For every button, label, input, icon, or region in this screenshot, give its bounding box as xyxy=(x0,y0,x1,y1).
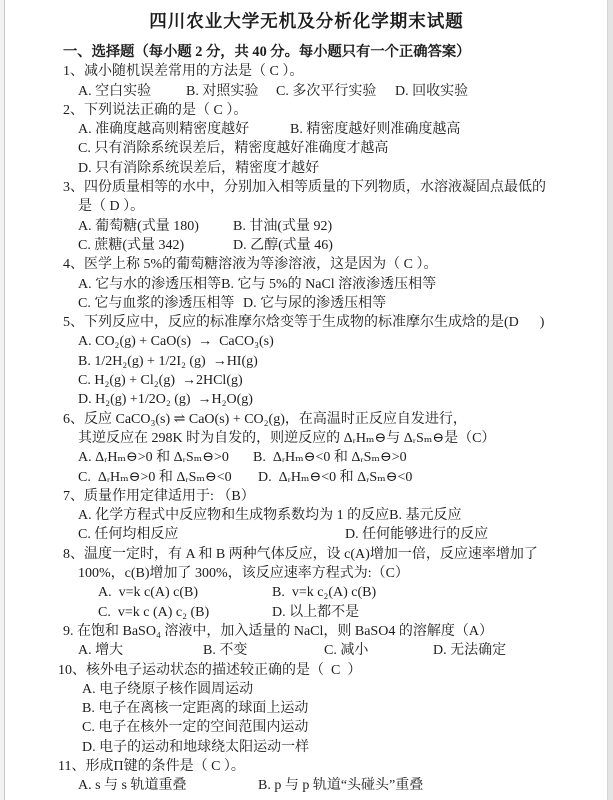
option-line: A. 葡萄糖(式量 180)B. 甘油(式量 92) xyxy=(78,217,601,236)
question-text: 10、核外电子运动状态的描述较正确的是（ C ） xyxy=(58,661,361,680)
option-line: B. 电子在离核一定距离的球面上运动 xyxy=(82,699,601,718)
page-right-edge-shadow xyxy=(607,0,613,800)
option-item: D. 任何能够进行的反应 xyxy=(345,525,488,544)
question-text: 5、下列反应中，反应的标准摩尔焓变等于生成物的标准摩尔生成焓的是(D ) xyxy=(63,313,544,332)
option-line: A. 化学方程式中反应物和生成物系数均为 1 的反应B. 基元反应 xyxy=(78,506,601,525)
option-item: B. 1/2H₂(g) + 1/2I₂ (g) →HI(g) xyxy=(78,352,258,371)
question-line: 9. 在饱和 BaSO₄ 溶液中，加入适量的 NaCl，则 BaSO4 的溶解度… xyxy=(63,622,601,641)
question-block: 2、下列说法正确的是（ C ）。A. 准确度越高则精密度越好B. 精密度越好则准… xyxy=(63,101,601,178)
option-line: A. 它与水的渗透压相等B. 它与 5%的 NaCl 溶液渗透压相等 xyxy=(78,275,601,294)
question-block: 8、温度一定时，有 A 和 B 两种气体反应，设 c(A)增加一倍，反应速率增加… xyxy=(63,545,601,622)
option-item: A. 电子绕原子核作圆周运动 xyxy=(82,680,253,699)
option-item: A. 葡萄糖(式量 180) xyxy=(78,217,233,236)
question-line: 8、温度一定时，有 A 和 B 两种气体反应，设 c(A)增加一倍，反应速率增加… xyxy=(63,545,601,564)
option-item: D. 乙醇(式量 46) xyxy=(233,236,333,255)
question-block: 6、反应 CaCO₃(s) ⇌ CaO(s) + CO₂(g)，在高温时正反应自… xyxy=(63,410,601,487)
question-block: 10、核外电子运动状态的描述较正确的是（ C ）A. 电子绕原子核作圆周运动B.… xyxy=(63,661,601,757)
option-item: D. 回收实验 xyxy=(395,82,468,101)
page-left-edge-shadow xyxy=(0,0,5,800)
question-text: 6、反应 CaCO₃(s) ⇌ CaO(s) + CO₂(g)，在高温时正反应自… xyxy=(63,410,467,429)
option-line: A. ΔᵣHₘ⊖>0 和 ΔᵣSₘ⊖>0B. ΔᵣHₘ⊖<0 和 ΔᵣSₘ⊖>0 xyxy=(78,448,601,467)
question-text: 11、形成Π键的条件是（ C ）。 xyxy=(58,757,245,776)
option-item: C. ΔᵣHₘ⊖>0 和 ΔᵣSₘ⊖<0 xyxy=(78,468,258,487)
option-line: C. 任何均相反应D. 任何能够进行的反应 xyxy=(78,525,601,544)
option-line: A. 增大B. 不变C. 减小D. 无法确定 xyxy=(78,641,601,660)
option-item: D. 以上都不是 xyxy=(272,603,359,622)
question-list: 1、减小随机误差常用的方法是（ C ）。A. 空白实验B. 对照实验C. 多次平… xyxy=(63,62,601,795)
option-item: C. 电子在核外一定的空间范围内运动 xyxy=(82,718,308,737)
question-line: 1、减小随机误差常用的方法是（ C ）。 xyxy=(63,62,601,81)
option-line: D. 电子的运动和地球绕太阳运动一样 xyxy=(82,738,601,757)
option-line: A. 空白实验B. 对照实验C. 多次平行实验D. 回收实验 xyxy=(78,82,601,101)
option-item: 100%，c(B)增加了 300%，该反应速率方程式为:（C） xyxy=(78,564,409,583)
option-line: A. s 与 s 轨道重叠B. p 与 p 轨道“头碰头”重叠 xyxy=(78,776,601,795)
option-item: B. v=k c₂(A) c(B) xyxy=(272,583,376,602)
question-text: 7、质量作用定律适用于: （B） xyxy=(63,487,255,506)
question-text: 4、医学上称 5%的葡萄糖溶液为等渗溶液，这是因为（ C ）。 xyxy=(63,255,438,274)
option-line: 是（ D ）。 xyxy=(78,197,601,216)
question-text: 1、减小随机误差常用的方法是（ C ）。 xyxy=(63,62,303,81)
option-item: A. 增大 xyxy=(78,641,203,660)
option-item: B. ΔᵣHₘ⊖<0 和 ΔᵣSₘ⊖>0 xyxy=(253,448,407,467)
option-item: A. s 与 s 轨道重叠 xyxy=(78,776,258,795)
option-line: D. 只有消除系统误差后，精密度才越好 xyxy=(78,159,601,178)
option-item: B. 电子在离核一定距离的球面上运动 xyxy=(82,699,308,718)
option-line: 100%，c(B)增加了 300%，该反应速率方程式为:（C） xyxy=(78,564,601,583)
option-line: C. 蔗糖(式量 342)D. 乙醇(式量 46) xyxy=(78,236,601,255)
option-item: A. 准确度越高则精密度越好 xyxy=(78,120,290,139)
question-text: 9. 在饱和 BaSO₄ 溶液中，加入适量的 NaCl，则 BaSO4 的溶解度… xyxy=(63,622,493,641)
option-item: A. v=k c(A) c(B) xyxy=(98,583,272,602)
option-item: A. ΔᵣHₘ⊖>0 和 ΔᵣSₘ⊖>0 xyxy=(78,448,253,467)
option-item: C. H₂(g) + Cl₂(g) →2HCl(g) xyxy=(78,371,243,390)
option-item: B. 不变 xyxy=(203,641,324,660)
option-item: C. 任何均相反应 xyxy=(78,525,345,544)
option-line: A. 电子绕原子核作圆周运动 xyxy=(82,680,601,699)
option-line: A. CO₂(g) + CaO(s) → CaCO₃(s) xyxy=(78,332,601,351)
question-line: 4、医学上称 5%的葡萄糖溶液为等渗溶液，这是因为（ C ）。 xyxy=(63,255,601,274)
option-item: C. 它与血浆的渗透压相等 xyxy=(78,294,243,313)
option-line: C. ΔᵣHₘ⊖>0 和 ΔᵣSₘ⊖<0D. ΔᵣHₘ⊖<0 和 ΔᵣSₘ⊖<0 xyxy=(78,468,601,487)
option-item: C. v=k c (A) c₂ (B) xyxy=(98,603,272,622)
question-block: 9. 在饱和 BaSO₄ 溶液中，加入适量的 NaCl，则 BaSO4 的溶解度… xyxy=(63,622,601,661)
option-item: C. 蔗糖(式量 342) xyxy=(78,236,233,255)
question-line: 7、质量作用定律适用于: （B） xyxy=(63,487,601,506)
question-block: 7、质量作用定律适用于: （B）A. 化学方程式中反应物和生成物系数均为 1 的… xyxy=(63,487,601,545)
page-title: 四川农业大学无机及分析化学期末试题 xyxy=(0,0,613,33)
exam-content: 一、选择题（每小题 2 分，共 40 分。每小题只有一个正确答案） 1、减小随机… xyxy=(0,33,613,796)
option-line: C. H₂(g) + Cl₂(g) →2HCl(g) xyxy=(78,371,601,390)
option-item: B. 甘油(式量 92) xyxy=(233,217,332,236)
option-item: D. 只有消除系统误差后，精密度才越好 xyxy=(78,159,319,178)
option-item: B. 它与 5%的 NaCl 溶液渗透压相等 xyxy=(221,275,436,294)
question-block: 3、四份质量相等的水中，分别加入相等质量的下列物质，水溶液凝固点最低的是（ D … xyxy=(63,178,601,255)
option-item: 其逆反应在 298K 时为自发的，则逆反应的 ΔᵣHₘ⊖与 ΔᵣSₘ⊖是（C） xyxy=(78,429,495,448)
option-item: C. 减小 xyxy=(324,641,433,660)
option-item: D. 无法确定 xyxy=(433,641,506,660)
option-line: C. 它与血浆的渗透压相等D. 它与尿的渗透压相等 xyxy=(78,294,601,313)
option-item: D. H₂(g) +1/2O₂ (g) →H₂O(g) xyxy=(78,390,253,409)
question-line: 3、四份质量相等的水中，分别加入相等质量的下列物质，水溶液凝固点最低的 xyxy=(63,178,601,197)
question-line: 5、下列反应中，反应的标准摩尔焓变等于生成物的标准摩尔生成焓的是(D ) xyxy=(63,313,601,332)
question-text: 3、四份质量相等的水中，分别加入相等质量的下列物质，水溶液凝固点最低的 xyxy=(63,178,546,197)
option-item: 是（ D ）。 xyxy=(78,197,144,216)
option-item: A. 空白实验 xyxy=(78,82,186,101)
option-line: B. 1/2H₂(g) + 1/2I₂ (g) →HI(g) xyxy=(78,352,601,371)
option-item: B. 精密度越好则准确度越高 xyxy=(290,120,460,139)
option-line: A. 准确度越高则精密度越好B. 精密度越好则准确度越高 xyxy=(78,120,601,139)
section-heading: 一、选择题（每小题 2 分，共 40 分。每小题只有一个正确答案） xyxy=(63,43,601,62)
exam-page: 四川农业大学无机及分析化学期末试题 一、选择题（每小题 2 分，共 40 分。每… xyxy=(0,0,613,800)
question-text: 8、温度一定时，有 A 和 B 两种气体反应，设 c(A)增加一倍，反应速率增加… xyxy=(63,545,538,564)
question-block: 5、下列反应中，反应的标准摩尔焓变等于生成物的标准摩尔生成焓的是(D )A. C… xyxy=(63,313,601,409)
option-item: D. 电子的运动和地球绕太阳运动一样 xyxy=(82,738,309,757)
question-block: 4、医学上称 5%的葡萄糖溶液为等渗溶液，这是因为（ C ）。A. 它与水的渗透… xyxy=(63,255,601,313)
option-item: C. 多次平行实验 xyxy=(276,82,395,101)
question-block: 1、减小随机误差常用的方法是（ C ）。A. 空白实验B. 对照实验C. 多次平… xyxy=(63,62,601,101)
option-item: C. 只有消除系统误差后，精密度越好准确度才越高 xyxy=(78,139,388,158)
option-line: D. H₂(g) +1/2O₂ (g) →H₂O(g) xyxy=(78,390,601,409)
question-line: 11、形成Π键的条件是（ C ）。 xyxy=(58,757,601,776)
option-line: C. 电子在核外一定的空间范围内运动 xyxy=(82,718,601,737)
question-text: 2、下列说法正确的是（ C ）。 xyxy=(63,101,247,120)
option-item: B. p 与 p 轨道“头碰头”重叠 xyxy=(258,776,423,795)
option-line: C. 只有消除系统误差后，精密度越好准确度才越高 xyxy=(78,139,601,158)
option-line: 其逆反应在 298K 时为自发的，则逆反应的 ΔᵣHₘ⊖与 ΔᵣSₘ⊖是（C） xyxy=(78,429,601,448)
option-line: A. v=k c(A) c(B)B. v=k c₂(A) c(B) xyxy=(98,583,601,602)
question-block: 11、形成Π键的条件是（ C ）。A. s 与 s 轨道重叠B. p 与 p 轨… xyxy=(63,757,601,796)
option-item: D. 它与尿的渗透压相等 xyxy=(243,294,386,313)
option-item: D. ΔᵣHₘ⊖<0 和 ΔᵣSₘ⊖<0 xyxy=(258,468,412,487)
question-line: 6、反应 CaCO₃(s) ⇌ CaO(s) + CO₂(g)，在高温时正反应自… xyxy=(63,410,601,429)
question-line: 10、核外电子运动状态的描述较正确的是（ C ） xyxy=(58,661,601,680)
option-item: A. 化学方程式中反应物和生成物系数均为 1 的反应 xyxy=(78,506,389,525)
option-item: B. 对照实验 xyxy=(186,82,276,101)
option-item: A. CO₂(g) + CaO(s) → CaCO₃(s) xyxy=(78,332,274,351)
option-line: C. v=k c (A) c₂ (B)D. 以上都不是 xyxy=(98,603,601,622)
option-item: B. 基元反应 xyxy=(389,506,461,525)
option-item: A. 它与水的渗透压相等 xyxy=(78,275,221,294)
question-line: 2、下列说法正确的是（ C ）。 xyxy=(63,101,601,120)
